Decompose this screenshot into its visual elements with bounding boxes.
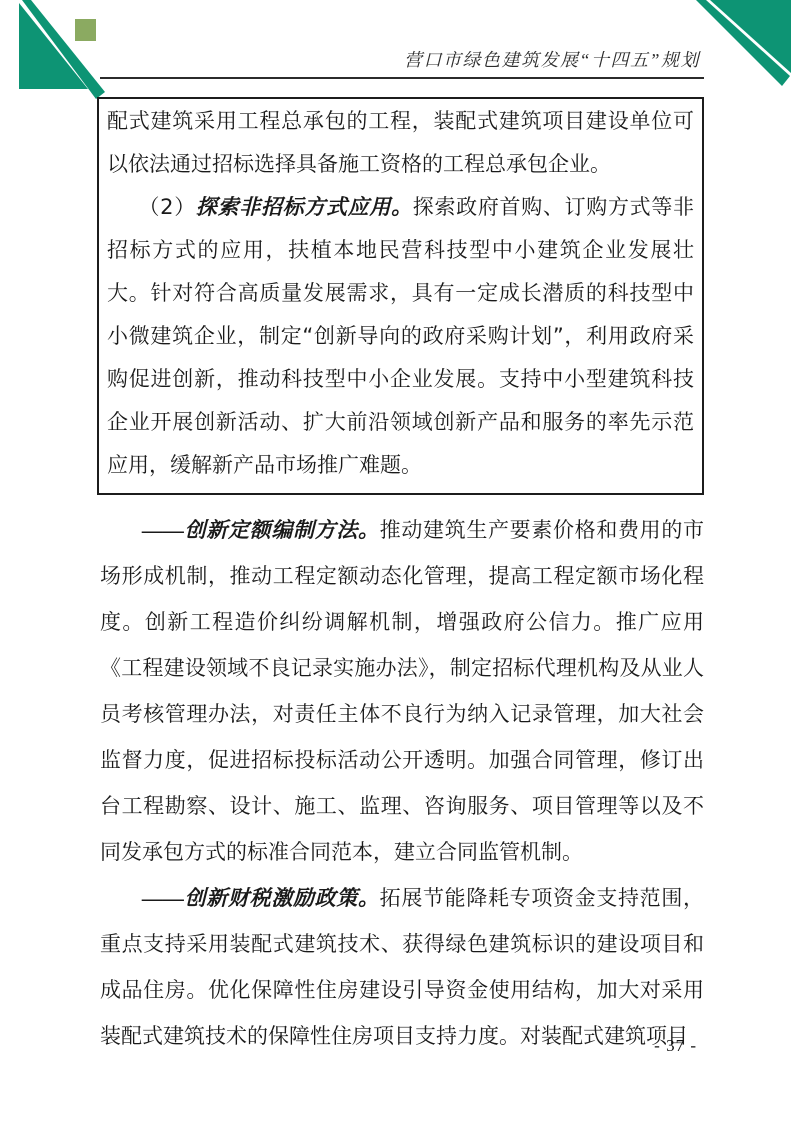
paragraph: 配式建筑采用工程总承包的工程，装配式建筑项目建设单位可以依法通过招标选择具备施工… bbox=[107, 100, 694, 186]
box-paragraphs: 配式建筑采用工程总承包的工程，装配式建筑项目建设单位可以依法通过招标选择具备施工… bbox=[107, 100, 694, 487]
paragraph: （2）探索非招标方式应用。探索政府首购、订购方式等非招标方式的应用，扶植本地民营… bbox=[107, 186, 694, 487]
highlight-box: 配式建筑采用工程总承包的工程，装配式建筑项目建设单位可以依法通过招标选择具备施工… bbox=[97, 97, 704, 495]
corner-ribbon-topleft-icon bbox=[0, 0, 115, 102]
text-segment: 配式建筑采用工程总承包的工程，装配式建筑项目建设单位可以依法通过招标选择具备施工… bbox=[107, 109, 694, 176]
text-segment: 探索政府首购、订购方式等非招标方式的应用，扶植本地民营科技型中小建筑企业发展壮大… bbox=[107, 195, 694, 477]
document-page: 营口市绿色建筑发展“十四五”规划 配式建筑采用工程总承包的工程，装配式建筑项目建… bbox=[0, 0, 793, 1122]
paragraph: ——创新定额编制方法。推动建筑生产要素价格和费用的市场形成机制，推动工程定额动态… bbox=[100, 507, 704, 875]
page-header: 营口市绿色建筑发展“十四五”规划 bbox=[100, 46, 704, 79]
header-title: 营口市绿色建筑发展“十四五”规划 bbox=[404, 50, 700, 70]
text-segment: 拓展节能降耗专项资金支持范围，重点支持采用装配式建筑技术、获得绿色建筑标识的建设… bbox=[100, 886, 704, 1048]
accent-square bbox=[75, 19, 96, 41]
content-area: 配式建筑采用工程总承包的工程，装配式建筑项目建设单位可以依法通过招标选择具备施工… bbox=[97, 97, 704, 1059]
paragraph-lead: ——创新定额编制方法。 bbox=[142, 518, 380, 542]
paragraph: ——创新财税激励政策。拓展节能降耗专项资金支持范围，重点支持采用装配式建筑技术、… bbox=[100, 875, 704, 1059]
text-segment: （2） bbox=[139, 195, 196, 219]
text-segment: 推动建筑生产要素价格和费用的市场形成机制，推动工程定额动态化管理，提高工程定额市… bbox=[100, 518, 704, 864]
page-number: - 37 - bbox=[654, 1036, 697, 1056]
body-paragraphs: ——创新定额编制方法。推动建筑生产要素价格和费用的市场形成机制，推动工程定额动态… bbox=[97, 507, 704, 1059]
paragraph-lead: 探索非招标方式应用。 bbox=[196, 195, 413, 219]
paragraph-lead: ——创新财税激励政策。 bbox=[142, 886, 380, 910]
